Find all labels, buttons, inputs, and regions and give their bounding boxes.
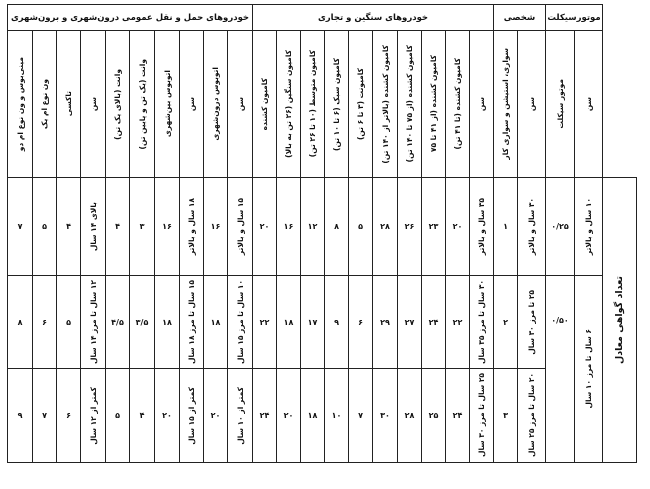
van-m1-value-r1: ۵ [32,177,57,276]
taxi-age-r3: کمتر از ۱۲ سال [80,368,106,463]
city-bus-age-r3: کمتر از ۱۰ سال [227,368,253,463]
col-header-minibus-van-m2: مینی‌بوس و ون نوع ام دو [7,30,33,178]
heavy-cell: ۲۰ [252,177,277,276]
col-header-medium-truck-10-26t: کامیون متوسط (۱۰ تا ۲۶ تن) [300,30,325,178]
personal-age-r2: ۲۵ تا مرز ۳۰ سال [517,275,546,369]
pickup-small-value-r1: ۳ [129,177,155,276]
heavy-cell: ۱۰ [324,368,349,463]
col-header-city-bus: اتوبوس درون‌شهری [203,30,228,178]
heavy-cell: ۹ [324,275,349,369]
heavy-cell: ۱۶ [276,177,301,276]
col-header-personal-age: سن [517,30,546,178]
heavy-age-r1: ۳۵ سال و بالاتر [469,177,494,276]
col-header-sedan-station: سواری، استیشن و سواری کار [493,30,518,178]
heavy-cell: ۱۷ [300,275,325,369]
intercity-bus-age-r2: ۱۵ سال تا مرز ۱۸ سال [179,275,204,369]
pickup-big-value-r2: ۴/۵ [105,275,130,369]
pickup-big-value-r1: ۴ [105,177,130,276]
col-header-intercity-bus-age: سن [179,30,204,178]
group-header-public-transport: خودروهای حمل و نقل عمومی درون‌شهری و برو… [7,4,253,31]
heavy-cell: ۲۴ [421,275,446,369]
col-header-van-m1: ون نوع ام یک [32,30,57,178]
heavy-cell: ۲۲ [252,275,277,369]
minibus-value-r2: ۸ [7,275,33,369]
motorcycle-value-r1: ۰/۲۵ [545,177,575,276]
heavy-cell: ۷ [348,368,373,463]
city-bus-age-r1: ۱۵ سال و بالاتر [227,177,253,276]
personal-age-r3: ۲۰ سال تا مرز ۲۵ سال [517,368,546,463]
col-header-pickup-truck-3-6t: کامیونت (۳ تا ۶ تن) [348,30,373,178]
group-header-personal: شخصی [493,4,546,31]
pickup-small-value-r2: ۳/۵ [129,275,155,369]
city-bus-value-r3: ۲۰ [203,368,228,463]
taxi-age-r2: ۱۲ سال تا مرز ۱۴ سال [80,275,106,369]
group-header-heavy-commercial: خودروهای سنگین و تجاری [252,4,494,31]
intercity-bus-age-r1: ۱۸ سال و بالاتر [179,177,204,276]
heavy-cell: ۳۰ [372,368,398,463]
taxi-age-r1: بالای ۱۴ سال [80,177,106,276]
intercity-bus-value-r2: ۱۸ [154,275,180,369]
city-bus-value-r1: ۱۶ [203,177,228,276]
col-header-heavy-age: سن [469,30,494,178]
group-header-motorcycle: موتورسیکلت [545,4,603,31]
heavy-cell: ۲۸ [397,368,422,463]
heavy-cell: ۲۹ [372,275,398,369]
heavy-cell: ۶ [348,275,373,369]
col-header-tractor-over-140t: کامیون کشنده (بالاتر از ۱۴۰ تن) [372,30,398,178]
pickup-big-value-r3: ۵ [105,368,130,463]
heavy-cell: ۲۴ [252,368,277,463]
heavy-cell: ۲۶ [397,177,422,276]
heavy-cell: ۲۰ [445,177,470,276]
heavy-cell: ۲۲ [445,275,470,369]
taxi-value-r1: ۴ [56,177,81,276]
motorcycle-age-r1: ۱۰ سال و بالاتر [574,177,603,276]
van-m1-value-r3: ۷ [32,368,57,463]
col-header-heavy-truck-26t-plus: کامیون سنگین (۲۶ تن به بالا) [276,30,301,178]
col-header-tractor-upto-41t: کامیون کشنده (تا ۴۱ تن) [445,30,470,178]
heavy-age-r3: ۲۵ سال تا مرز ۳۰ سال [469,368,494,463]
col-header-tractor-truck: کامیون کشنده [252,30,277,178]
van-m1-value-r2: ۶ [32,275,57,369]
heavy-cell: ۲۸ [372,177,398,276]
col-header-pickup-1t-and-below: وانت (یک تن و پایین تن) [129,30,155,178]
heavy-cell: ۲۳ [421,177,446,276]
motorcycle-value-r23: ۰/۵۰ [545,275,575,463]
heavy-cell: ۲۰ [276,368,301,463]
personal-age-r1: ۳۰ سال و بالاتر [517,177,546,276]
personal-value-r1: ۱ [493,177,518,276]
col-header-motorcycle: موتور سیکلت [545,30,575,178]
city-bus-age-r2: ۱۰ سال تا مرز ۱۵ سال [227,275,253,369]
heavy-cell: ۲۵ [421,368,446,463]
col-header-light-truck-6-10t: کامیون سبک (۶ تا ۱۰ تن) [324,30,349,178]
heavy-cell: ۱۸ [276,275,301,369]
col-header-intercity-bus: اتوبوس بین‌شهری [154,30,180,178]
personal-value-r2: ۲ [493,275,518,369]
col-header-pickup-over-1t: وانت (بالای یک تن) [105,30,130,178]
taxi-value-r2: ۵ [56,275,81,369]
heavy-cell: ۲۴ [445,368,470,463]
motorcycle-age-r23: ۶ سال تا مرز ۱۰ سال [574,275,603,463]
heavy-cell: ۱۲ [300,177,325,276]
taxi-value-r3: ۶ [56,368,81,463]
row-label-equivalent-certificates: تعداد گواهی معادل [602,177,637,463]
minibus-value-r1: ۷ [7,177,33,276]
col-header-tractor-41-75: کامیون کشنده (از ۴۱ تا ۷۵ [421,30,446,178]
heavy-cell: ۸ [324,177,349,276]
minibus-value-r3: ۹ [7,368,33,463]
intercity-bus-value-r3: ۲۰ [154,368,180,463]
col-header-tractor-75-140t: کامیون کشنده (از ۷۵ تا ۱۴۰ تن) [397,30,422,178]
col-header-taxi-age: سن [80,30,106,178]
col-header-motorcycle-age: سن [574,30,603,178]
pickup-small-value-r3: ۴ [129,368,155,463]
personal-value-r3: ۳ [493,368,518,463]
intercity-bus-age-r3: کمتر از ۱۵ سال [179,368,204,463]
intercity-bus-value-r1: ۱۶ [154,177,180,276]
equivalent-certificates-table: موتورسیکلت شخصی خودروهای سنگین و تجاری خ… [0,0,650,489]
col-header-city-bus-age: سن [227,30,253,178]
heavy-cell: ۲۷ [397,275,422,369]
heavy-age-r2: ۳۰ سال تا مرز ۳۵ سال [469,275,494,369]
city-bus-value-r2: ۱۸ [203,275,228,369]
heavy-cell: ۱۸ [300,368,325,463]
heavy-cell: ۵ [348,177,373,276]
col-header-taxi: تاکسی [56,30,81,178]
